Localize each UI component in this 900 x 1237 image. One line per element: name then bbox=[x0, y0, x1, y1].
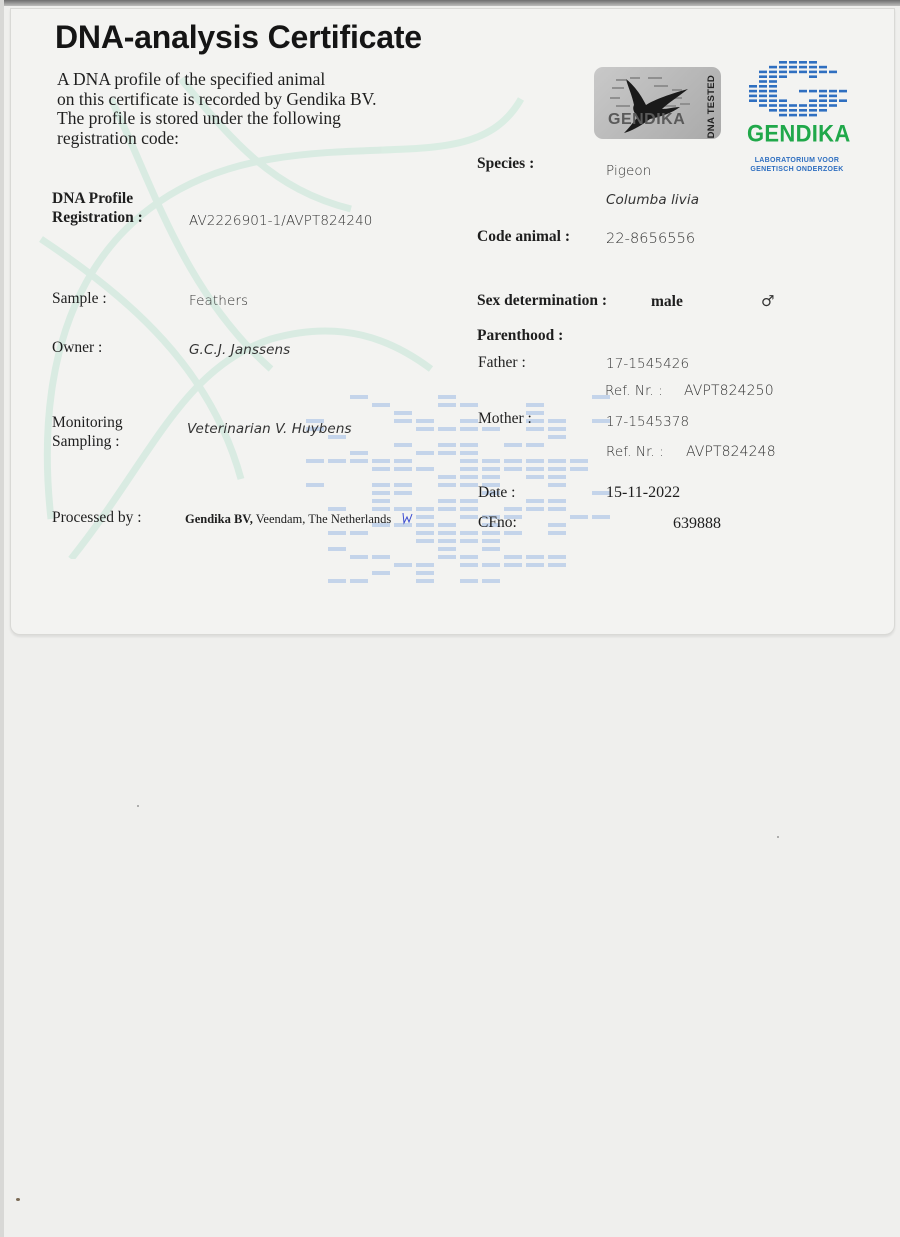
registration-label: DNA Profile Registration : bbox=[52, 189, 143, 227]
gendika-watermark-icon bbox=[296, 389, 626, 589]
sex-determination-label: Sex determination : bbox=[477, 292, 607, 310]
mother-ref-value: AVPT824248 bbox=[686, 444, 776, 460]
scan-speck bbox=[137, 805, 139, 807]
species-label: Species : bbox=[477, 155, 534, 173]
registration-label-line: DNA Profile bbox=[52, 189, 143, 208]
registration-label-line: Registration : bbox=[52, 208, 143, 227]
monitoring-value: Veterinarian V. Huybens bbox=[187, 421, 352, 437]
owner-label: Owner : bbox=[52, 339, 102, 357]
scan-speck bbox=[777, 836, 779, 838]
date-value: 15-11-2022 bbox=[606, 484, 680, 502]
processed-label: Processed by : bbox=[52, 509, 142, 527]
sample-value: Feathers bbox=[189, 293, 248, 309]
dna-tested-badge: GENDIKA DNA TESTED bbox=[594, 67, 721, 139]
monitoring-label-line: Sampling : bbox=[52, 432, 123, 451]
gendika-logo-subtitle: LABORATORIUM VOOR GENETISCH ONDERZOEK bbox=[741, 157, 853, 174]
processed-company: Gendika BV, bbox=[185, 512, 253, 526]
male-symbol-icon: ♂ bbox=[761, 292, 774, 310]
intro-line: registration code: bbox=[57, 129, 437, 149]
logo-subtitle-line: GENETISCH ONDERZOEK bbox=[741, 166, 853, 175]
code-animal-value: 22-8656556 bbox=[606, 231, 695, 247]
mother-label: Mother : bbox=[478, 410, 532, 428]
processed-location: Veendam, The Netherlands bbox=[253, 512, 391, 526]
father-value: 17-1545426 bbox=[606, 356, 689, 372]
badge-brand: GENDIKA bbox=[608, 111, 685, 129]
intro-line: A DNA profile of the specified animal bbox=[57, 70, 437, 90]
intro-line: on this certificate is recorded by Gendi… bbox=[57, 90, 437, 110]
monitoring-label-line: Monitoring bbox=[52, 413, 123, 432]
father-label: Father : bbox=[478, 354, 526, 372]
intro-line: The profile is stored under the followin… bbox=[57, 109, 437, 129]
species-common-value: Pigeon bbox=[606, 163, 651, 179]
cfno-value: 639888 bbox=[673, 515, 721, 533]
mother-ref-label: Ref. Nr. : bbox=[606, 444, 664, 460]
monitoring-label: Monitoring Sampling : bbox=[52, 413, 123, 451]
registration-value: AV2226901-1/AVPT824240 bbox=[189, 213, 372, 229]
cfno-label: CFno: bbox=[478, 514, 517, 532]
sample-label: Sample : bbox=[52, 290, 107, 308]
processed-value: Gendika BV, Veendam, The Netherlands bbox=[185, 512, 391, 527]
handwritten-mark-icon bbox=[401, 511, 415, 525]
mother-value: 17-1545378 bbox=[606, 414, 689, 430]
intro-text: A DNA profile of the specified animal on… bbox=[57, 70, 437, 148]
father-ref-label: Ref. Nr. : bbox=[605, 383, 663, 399]
owner-value: G.C.J. Janssens bbox=[189, 342, 290, 358]
father-ref-value: AVPT824250 bbox=[684, 383, 774, 399]
badge-dna-tested-label: DNA TESTED bbox=[706, 75, 717, 138]
certificate-title: DNA-analysis Certificate bbox=[55, 19, 422, 56]
certificate-card: DNA-analysis Certificate A DNA profile o… bbox=[10, 8, 895, 635]
scan-speck bbox=[16, 1198, 20, 1201]
parenthood-label: Parenthood : bbox=[477, 327, 563, 345]
scan-left-edge bbox=[0, 0, 4, 1237]
scan-top-edge bbox=[0, 0, 900, 6]
code-animal-label: Code animal : bbox=[477, 228, 570, 246]
sex-value: male bbox=[651, 293, 683, 311]
gendika-g-logo-icon bbox=[747, 59, 847, 119]
species-latin-value: Columba livia bbox=[606, 192, 699, 208]
gendika-logo-wordmark: GENDIKA bbox=[747, 120, 847, 149]
date-label: Date : bbox=[478, 484, 515, 502]
logo-subtitle-line: LABORATORIUM VOOR bbox=[741, 157, 853, 166]
